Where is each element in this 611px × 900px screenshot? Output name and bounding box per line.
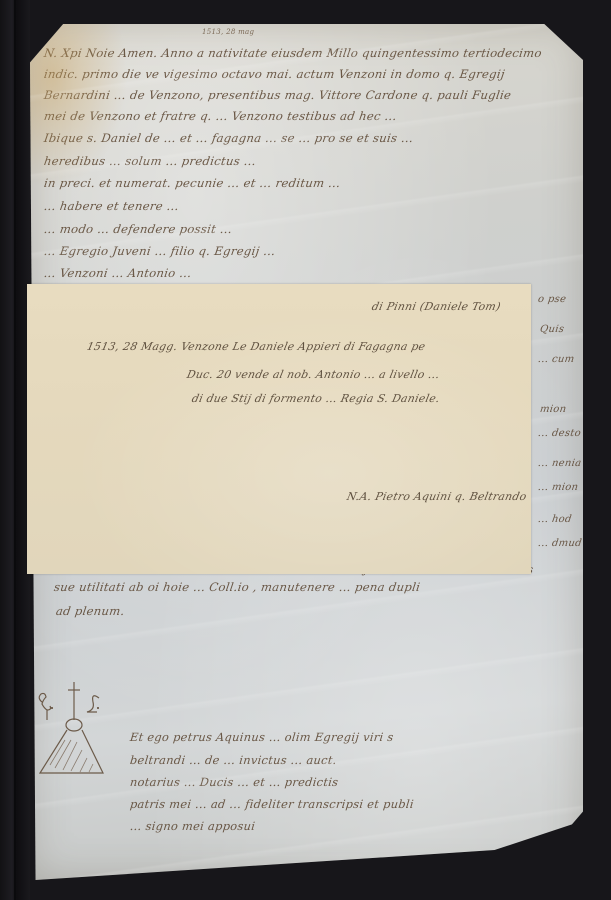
main-text-line: ... modo ... defendere possit ... [43, 222, 233, 236]
margin-fragment: ... mion [537, 482, 579, 493]
archival-date-mark: 1513, 28 mag [202, 28, 254, 36]
subscription-line: ... signo mei apposui [129, 819, 256, 833]
binding-line [14, 0, 16, 900]
margin-fragment: ... nenia [537, 458, 582, 469]
continuation-line: ad plenum. [55, 604, 126, 618]
main-text-line: Bernardini ... de Venzono, presentibus m… [43, 88, 512, 102]
margin-fragment: o pse [537, 294, 567, 305]
margin-fragment: ... desto [537, 428, 581, 439]
main-text-line: N. Xpi Noie Amen. Anno a nativitate eius… [43, 46, 543, 60]
label-header: di Pinni (Daniele Tom) [371, 300, 502, 313]
continuation-line: sue utilitati ab oi hoie ... Coll.io , m… [53, 580, 421, 594]
margin-fragment: ... dmud [537, 538, 582, 549]
margin-fragment: ... hod [537, 514, 572, 525]
label-signature: N.A. Pietro Aquini q. Beltrando [346, 490, 528, 503]
main-text-line: heredibus ... solum ... predictus ... [43, 154, 257, 168]
subscription-line: notarius ... Ducis ... et ... predictis [129, 775, 339, 789]
label-line: 1513, 28 Magg. Venzone Le Daniele Appier… [86, 340, 427, 353]
main-text-line: ... Venzoni ... Antonio ... [43, 266, 193, 280]
main-text-line: ... Egregio Juveni ... filio q. Egregij … [43, 244, 276, 258]
notary-signum [35, 680, 107, 780]
label-line: di due Stij di formento ... Regia S. Dan… [191, 392, 442, 405]
main-text-line: indic. primo die ve vigesimo octavo mai.… [43, 67, 506, 81]
main-text-line: in preci. et numerat. pecunie ... et ...… [43, 176, 341, 190]
archival-paper-label: di Pinni (Daniele Tom) 1513, 28 Magg. Ve… [27, 284, 531, 574]
margin-fragment: Quis [539, 324, 565, 335]
notary-signum-icon [35, 680, 107, 780]
margin-fragment: ... cum [537, 354, 575, 365]
margin-fragment: mion [539, 404, 567, 415]
main-text-line: Ibique s. Daniel de ... et ... fagagna .… [43, 131, 414, 145]
subscription-line: beltrandi ... de ... invictus ... auct. [129, 753, 337, 767]
subscription-line: patris mei ... ad ... fideliter transcri… [129, 797, 414, 811]
subscription-line: Et ego petrus Aquinus ... olim Egregij v… [129, 730, 394, 744]
main-text-line: ... habere et tenere ... [43, 199, 180, 213]
main-text-line: mei de Venzono et fratre q. ... Venzono … [43, 109, 398, 123]
label-line: Duc. 20 vende al nob. Antonio ... a live… [186, 368, 441, 381]
